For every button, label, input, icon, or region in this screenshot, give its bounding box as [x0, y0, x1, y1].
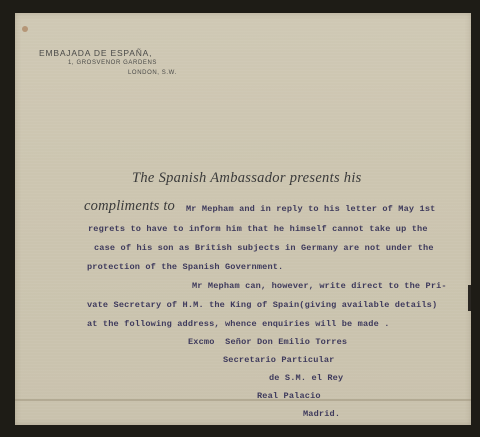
right-edge-shadow [468, 285, 471, 311]
letterhead-street: 1, GROSVENOR GARDENS [68, 60, 157, 66]
address-line-2: Secretario Particular [223, 355, 334, 365]
typed-line-7: at the following address, whence enquiri… [87, 319, 390, 329]
address-line-5: Madrid. [303, 409, 340, 419]
printed-salutation-line2: compliments to [84, 198, 175, 215]
letter-paper: EMBAJADA DE ESPAÑA, 1, GROSVENOR GARDENS… [15, 13, 471, 425]
address-line-1: Excmo Señor Don Emilio Torres [188, 337, 347, 347]
typed-line-1: Mr Mepham and in reply to his letter of … [186, 204, 435, 214]
typed-line-2: regrets to have to inform him that he hi… [88, 224, 428, 234]
printed-salutation-line1: The Spanish Ambassador presents his [132, 170, 362, 187]
letterhead-city: LONDON, S.W. [128, 70, 177, 76]
letterhead-embassy-name: EMBAJADA DE ESPAÑA, [39, 48, 152, 58]
typed-line-4: protection of the Spanish Government. [87, 262, 283, 272]
address-line-3: de S.M. el Rey [269, 373, 343, 383]
typed-line-3: case of his son as British subjects in G… [94, 243, 434, 253]
address-line-4: Real Palacio [257, 391, 321, 401]
paper-fold-line [15, 399, 471, 401]
typed-line-6: vate Secretary of H.M. the King of Spain… [87, 300, 437, 310]
typed-line-5: Mr Mepham can, however, write direct to … [192, 281, 447, 291]
paper-stain [22, 26, 28, 32]
